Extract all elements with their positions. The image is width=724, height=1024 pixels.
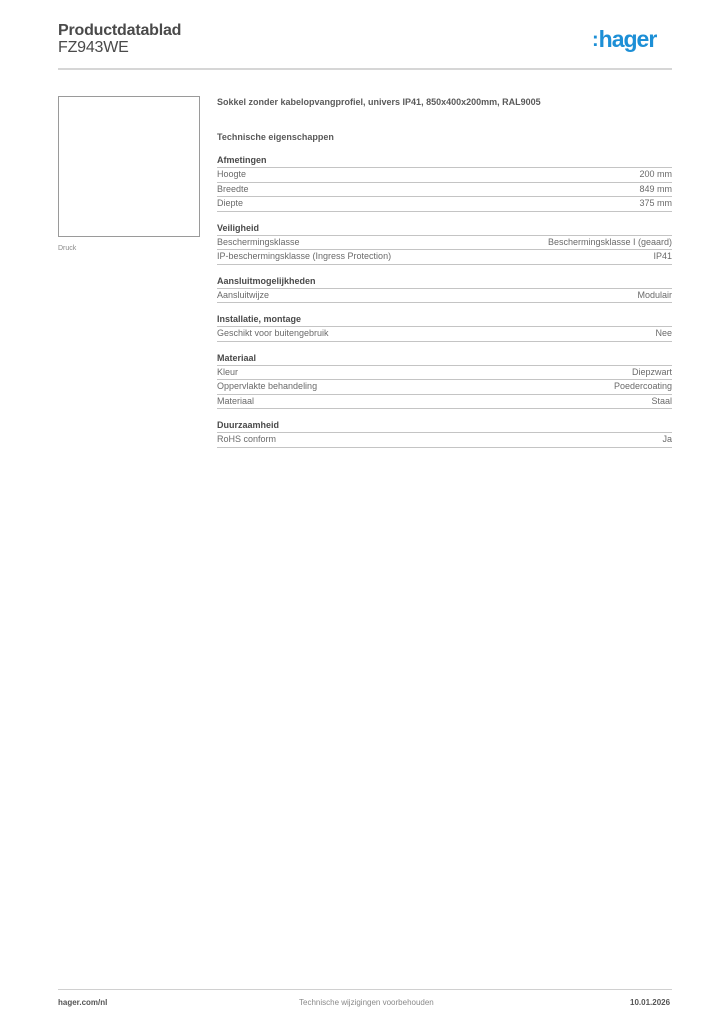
technical-properties-heading: Technische eigenschappen bbox=[217, 130, 672, 144]
spec-row: Breedte849 mm bbox=[217, 183, 672, 198]
spec-value: Beschermingsklasse I (geaard) bbox=[548, 236, 672, 250]
footer-disclaimer: Technische wijzigingen voorbehouden bbox=[299, 998, 434, 1007]
logo-colon: : bbox=[592, 29, 598, 51]
footer-website-link[interactable]: hager.com/nl bbox=[58, 998, 107, 1007]
spec-value: Nee bbox=[655, 327, 672, 341]
spec-value: Modulair bbox=[637, 289, 672, 303]
spec-value: Diepzwart bbox=[632, 366, 672, 380]
hager-logo: :hager bbox=[592, 28, 656, 51]
spec-row: BeschermingsklasseBeschermingsklasse I (… bbox=[217, 236, 672, 251]
spec-label: Breedte bbox=[217, 183, 249, 197]
spec-section: Installatie, montageGeschikt voor buiten… bbox=[217, 313, 672, 342]
product-image-placeholder bbox=[58, 96, 200, 237]
spec-value: Ja bbox=[662, 433, 672, 447]
header-divider bbox=[58, 68, 672, 70]
spec-row: RoHS conformJa bbox=[217, 433, 672, 448]
spec-label: Geschikt voor buitengebruik bbox=[217, 327, 329, 341]
spec-label: Kleur bbox=[217, 366, 238, 380]
spec-row: MateriaalStaal bbox=[217, 395, 672, 410]
spec-sections: AfmetingenHoogte200 mmBreedte849 mmDiept… bbox=[217, 154, 672, 448]
spec-row: Oppervlakte behandelingPoedercoating bbox=[217, 380, 672, 395]
section-title: Duurzaamheid bbox=[217, 419, 672, 433]
spec-section: VeiligheidBeschermingsklasseBeschermings… bbox=[217, 222, 672, 265]
image-caption: Druck bbox=[58, 245, 76, 252]
spec-label: Materiaal bbox=[217, 395, 254, 409]
section-title: Installatie, montage bbox=[217, 313, 672, 327]
section-title: Veiligheid bbox=[217, 222, 672, 236]
spec-label: Hoogte bbox=[217, 168, 246, 182]
spec-label: Beschermingsklasse bbox=[217, 236, 300, 250]
section-title: Aansluitmogelijkheden bbox=[217, 275, 672, 289]
spec-label: Diepte bbox=[217, 197, 243, 211]
spec-row: KleurDiepzwart bbox=[217, 366, 672, 381]
page-title: Productdatablad bbox=[58, 22, 181, 40]
spec-row: AansluitwijzeModulair bbox=[217, 289, 672, 304]
spec-value: IP41 bbox=[653, 250, 672, 264]
product-details: Sokkel zonder kabelopvangprofiel, univer… bbox=[217, 95, 672, 448]
product-code: FZ943WE bbox=[58, 39, 129, 57]
spec-value: 849 mm bbox=[639, 183, 672, 197]
spec-value: 200 mm bbox=[639, 168, 672, 182]
footer-divider bbox=[58, 989, 672, 990]
spec-label: RoHS conform bbox=[217, 433, 276, 447]
spec-label: IP-beschermingsklasse (Ingress Protectio… bbox=[217, 250, 391, 264]
logo-text: hager bbox=[599, 26, 657, 52]
spec-section: AansluitmogelijkhedenAansluitwijzeModula… bbox=[217, 275, 672, 304]
spec-value: Staal bbox=[651, 395, 672, 409]
spec-row: Geschikt voor buitengebruikNee bbox=[217, 327, 672, 342]
spec-label: Aansluitwijze bbox=[217, 289, 269, 303]
section-title: Materiaal bbox=[217, 352, 672, 366]
spec-section: MateriaalKleurDiepzwartOppervlakte behan… bbox=[217, 352, 672, 410]
spec-row: Diepte375 mm bbox=[217, 197, 672, 212]
spec-row: Hoogte200 mm bbox=[217, 168, 672, 183]
product-description: Sokkel zonder kabelopvangprofiel, univer… bbox=[217, 95, 672, 109]
spec-row: IP-beschermingsklasse (Ingress Protectio… bbox=[217, 250, 672, 265]
spec-section: AfmetingenHoogte200 mmBreedte849 mmDiept… bbox=[217, 154, 672, 212]
spec-section: DuurzaamheidRoHS conformJa bbox=[217, 419, 672, 448]
spec-value: 375 mm bbox=[639, 197, 672, 211]
footer-date: 10.01.2026 bbox=[630, 998, 670, 1007]
spec-value: Poedercoating bbox=[614, 380, 672, 394]
section-title: Afmetingen bbox=[217, 154, 672, 168]
spec-label: Oppervlakte behandeling bbox=[217, 380, 317, 394]
